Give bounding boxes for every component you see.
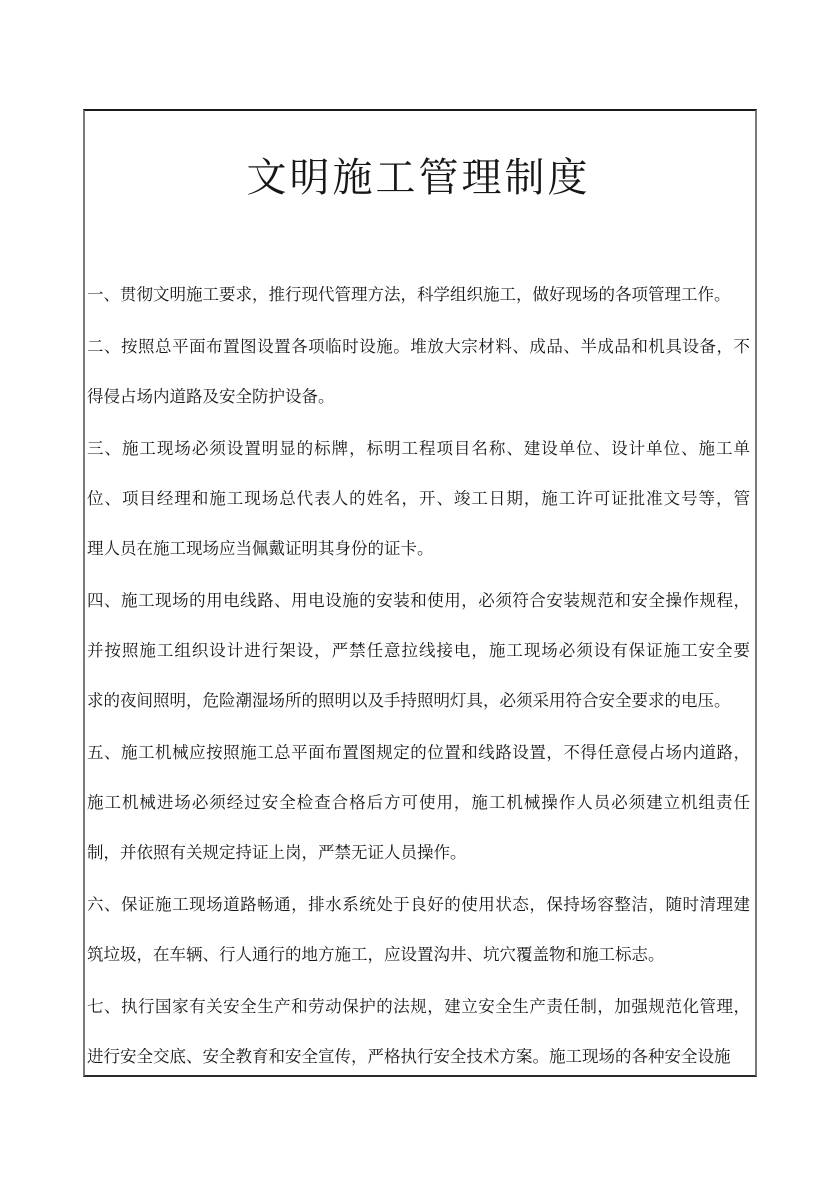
text-line: 位、项目经理和施工现场总代表人的姓名，开、竣工日期，施工许可证批准文号等，管	[87, 474, 750, 524]
document-body: 一、贯彻文明施工要求，推行现代管理方法，科学组织施工，做好现场的各项管理工作。二…	[87, 270, 750, 1077]
document-title: 文明施工管理制度	[87, 153, 750, 203]
text-line: 得侵占场内道路及安全防护设备。	[87, 372, 750, 422]
text-line: 理人员在施工现场应当佩戴证明其身份的证卡。	[87, 524, 750, 574]
text-line: 求的夜间照明，危险潮湿场所的照明以及手持照明灯具，必须采用符合安全要求的电压。	[87, 676, 750, 726]
document-bordered-page: 文明施工管理制度 一、贯彻文明施工要求，推行现代管理方法，科学组织施工，做好现场…	[83, 109, 757, 1077]
text-line: 并按照施工组织设计进行架设，严禁任意拉线接电，施工现场必须设有保证施工安全要	[87, 626, 750, 676]
text-line: 一、贯彻文明施工要求，推行现代管理方法，科学组织施工，做好现场的各项管理工作。	[87, 270, 750, 320]
paragraph: 七、执行国家有关安全生产和劳动保护的法规，建立安全生产责任制，加强规范化管理，进…	[87, 982, 750, 1077]
text-line: 二、按照总平面布置图设置各项临时设施。堆放大宗材料、成品、半成品和机具设备，不	[87, 322, 750, 372]
text-line: 七、执行国家有关安全生产和劳动保护的法规，建立安全生产责任制，加强规范化管理，	[87, 982, 750, 1032]
paragraph: 四、施工现场的用电线路、用电设施的安装和使用，必须符合安装规范和安全操作规程，并…	[87, 576, 750, 726]
text-line: 三、施工现场必须设置明显的标牌，标明工程项目名称、建设单位、设计单位、施工单	[87, 424, 750, 474]
text-line: 四、施工现场的用电线路、用电设施的安装和使用，必须符合安装规范和安全操作规程，	[87, 576, 750, 626]
text-line: 施工机械进场必须经过安全检查合格后方可使用，施工机械操作人员必须建立机组责任	[87, 778, 750, 828]
paragraph: 一、贯彻文明施工要求，推行现代管理方法，科学组织施工，做好现场的各项管理工作。	[87, 270, 750, 320]
text-line: 筑垃圾，在车辆、行人通行的地方施工，应设置沟井、坑穴覆盖物和施工标志。	[87, 930, 750, 980]
paragraph: 二、按照总平面布置图设置各项临时设施。堆放大宗材料、成品、半成品和机具设备，不得…	[87, 322, 750, 422]
paragraph: 三、施工现场必须设置明显的标牌，标明工程项目名称、建设单位、设计单位、施工单位、…	[87, 424, 750, 574]
paragraph: 六、保证施工现场道路畅通，排水系统处于良好的使用状态，保持场容整洁，随时清理建筑…	[87, 880, 750, 980]
text-line: 六、保证施工现场道路畅通，排水系统处于良好的使用状态，保持场容整洁，随时清理建	[87, 880, 750, 930]
page: { "theme": { "page_background": "#ffffff…	[0, 0, 838, 1186]
text-line: 五、施工机械应按照施工总平面布置图规定的位置和线路设置，不得任意侵占场内道路，	[87, 728, 750, 778]
text-line: 制，并依照有关规定持证上岗，严禁无证人员操作。	[87, 828, 750, 878]
paragraph: 五、施工机械应按照施工总平面布置图规定的位置和线路设置，不得任意侵占场内道路，施…	[87, 728, 750, 878]
text-line: 进行安全交底、安全教育和安全宣传，严格执行安全技术方案。施工现场的各种安全设施	[87, 1032, 750, 1077]
